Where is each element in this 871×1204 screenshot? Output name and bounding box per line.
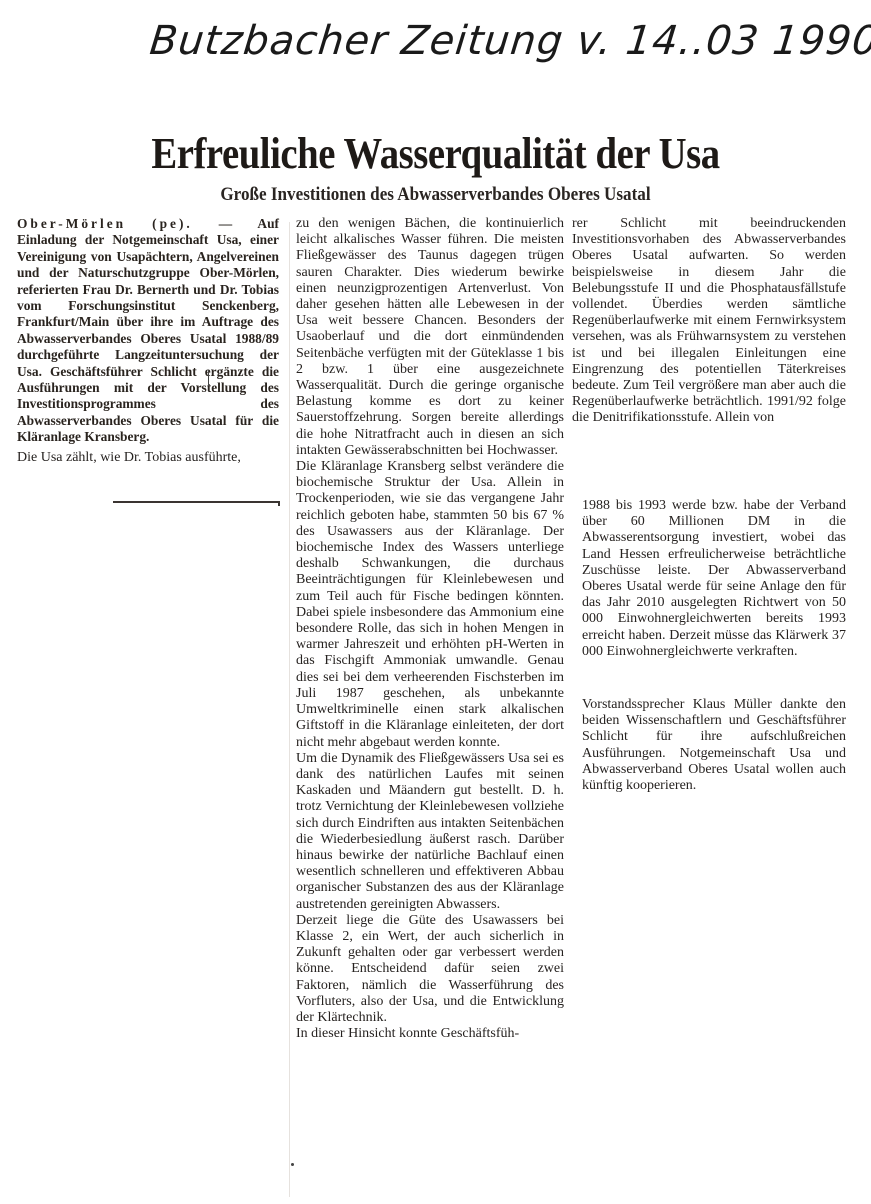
body-paragraph: Die Kläranlage Kransberg selbst veränder… [296, 459, 564, 751]
article-column-3-top: rer Schlicht mit beeindruckenden Investi… [572, 216, 846, 427]
handwritten-source-note: Butzbacher Zeitung v. 14..03 1990 -94- [148, 18, 871, 64]
body-paragraph: Um die Dynamik des Fließgewässers Usa se… [296, 751, 564, 913]
article-column-2: zu den wenigen Bächen, die kontinuierlic… [296, 216, 564, 1042]
lead-text: Auf Einladung der Notgemeinschaft Usa, e… [17, 216, 279, 444]
body-paragraph: Die Usa zählt, wie Dr. Tobias ausführte, [17, 450, 279, 466]
body-paragraph: zu den wenigen Bächen, die kontinuierlic… [296, 216, 564, 459]
article-subheadline: Große Investitionen des Abwasserverbande… [44, 184, 828, 206]
column-separator [289, 222, 290, 1197]
body-paragraph: In dieser Hinsicht konnte Geschäftsfüh- [296, 1026, 564, 1042]
article-column-3-bottom: Vorstandssprecher Klaus Müller dankte de… [582, 697, 846, 794]
article-column-1: Ober-Mörlen (pe). — Auf Einladung der No… [17, 216, 279, 466]
text-cursor-mark [208, 370, 209, 386]
article-headline: Erfreuliche Wasserqualität der Usa [52, 128, 818, 179]
body-paragraph: Derzeit liege die Güte des Usawassers be… [296, 913, 564, 1026]
article-column-3-middle: 1988 bis 1993 werde bzw. habe der Verban… [582, 498, 846, 660]
body-paragraph: rer Schlicht mit beeindruckenden Investi… [572, 216, 846, 427]
body-paragraph: Vorstandssprecher Klaus Müller dankte de… [582, 697, 846, 794]
scan-speck [291, 1163, 294, 1166]
column-end-rule [113, 501, 280, 503]
body-paragraph: 1988 bis 1993 werde bzw. habe der Verban… [582, 498, 846, 660]
article-lead: Ober-Mörlen (pe). — Auf Einladung der No… [17, 216, 279, 446]
dateline: Ober-Mörlen (pe). — [17, 216, 235, 231]
